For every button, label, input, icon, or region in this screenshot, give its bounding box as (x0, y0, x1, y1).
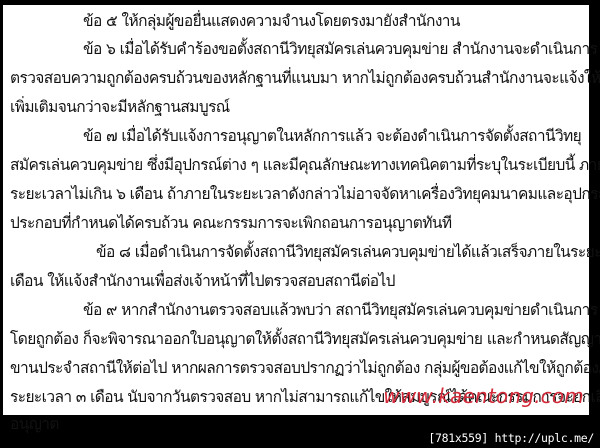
clause-7-line-2: สมัครเล่นควบคุมข่าย ซึ่งมีอุปกรณ์ต่าง ๆ … (3, 151, 589, 179)
clause-8-line-1: ข้อ ๘ เมื่อดำเนินการจัดตั้งสถานีวิทยุสมั… (3, 238, 589, 266)
clause-8-line-2: เดือน ให้แจ้งสำนักงานเพื่อส่งเจ้าหน้าที่… (3, 267, 589, 295)
clause-7-line-4: ประกอบที่กำหนดได้ครบถ้วน คณะกรรมการจะเพิ… (3, 209, 589, 237)
clause-9-line-1: ข้อ ๙ หากสำนักงานตรวจสอบแล้วพบว่า สถานีว… (3, 296, 589, 324)
clause-5-line-1: ข้อ ๕ ให้กลุ่มผู้ขอยื่นแสดงความจำนงโดยตร… (3, 7, 589, 35)
document-page: ข้อ ๕ ให้กลุ่มผู้ขอยื่นแสดงความจำนงโดยตร… (3, 5, 589, 415)
clause-9-line-5: อนุญาต (3, 410, 210, 438)
clause-6-line-3: เพิ่มเติมจนกว่าจะมีหลักฐานสมบูรณ์ (3, 93, 589, 121)
clause-6-line-2: ตรวจสอบความถูกต้องครบถ้วนของหลักฐานที่แน… (3, 64, 589, 92)
image-size-label: [781x559] http://uplc.me/ (428, 431, 594, 445)
clause-7-line-3: ระยะเวลาไม่เกิน ๖ เดือน ถ้าภายในระยะเวลา… (3, 180, 589, 208)
clause-9-line-2: โดยถูกต้อง ก็จะพิจารณาออกใบอนุญาตให้ตั้ง… (3, 325, 589, 353)
clause-6-line-1: ข้อ ๖ เมื่อได้รับคำร้องขอตั้งสถานีวิทยุส… (3, 35, 589, 63)
clause-9-line-3: ขานประจำสถานีให้ต่อไป หากผลการตรวจสอบปรา… (3, 354, 589, 382)
watermark-url: www.kaentong.com (383, 384, 584, 408)
clause-7-line-1: ข้อ ๗ เมื่อได้รับแจ้งการอนุญาตในหลักการแ… (3, 122, 589, 150)
